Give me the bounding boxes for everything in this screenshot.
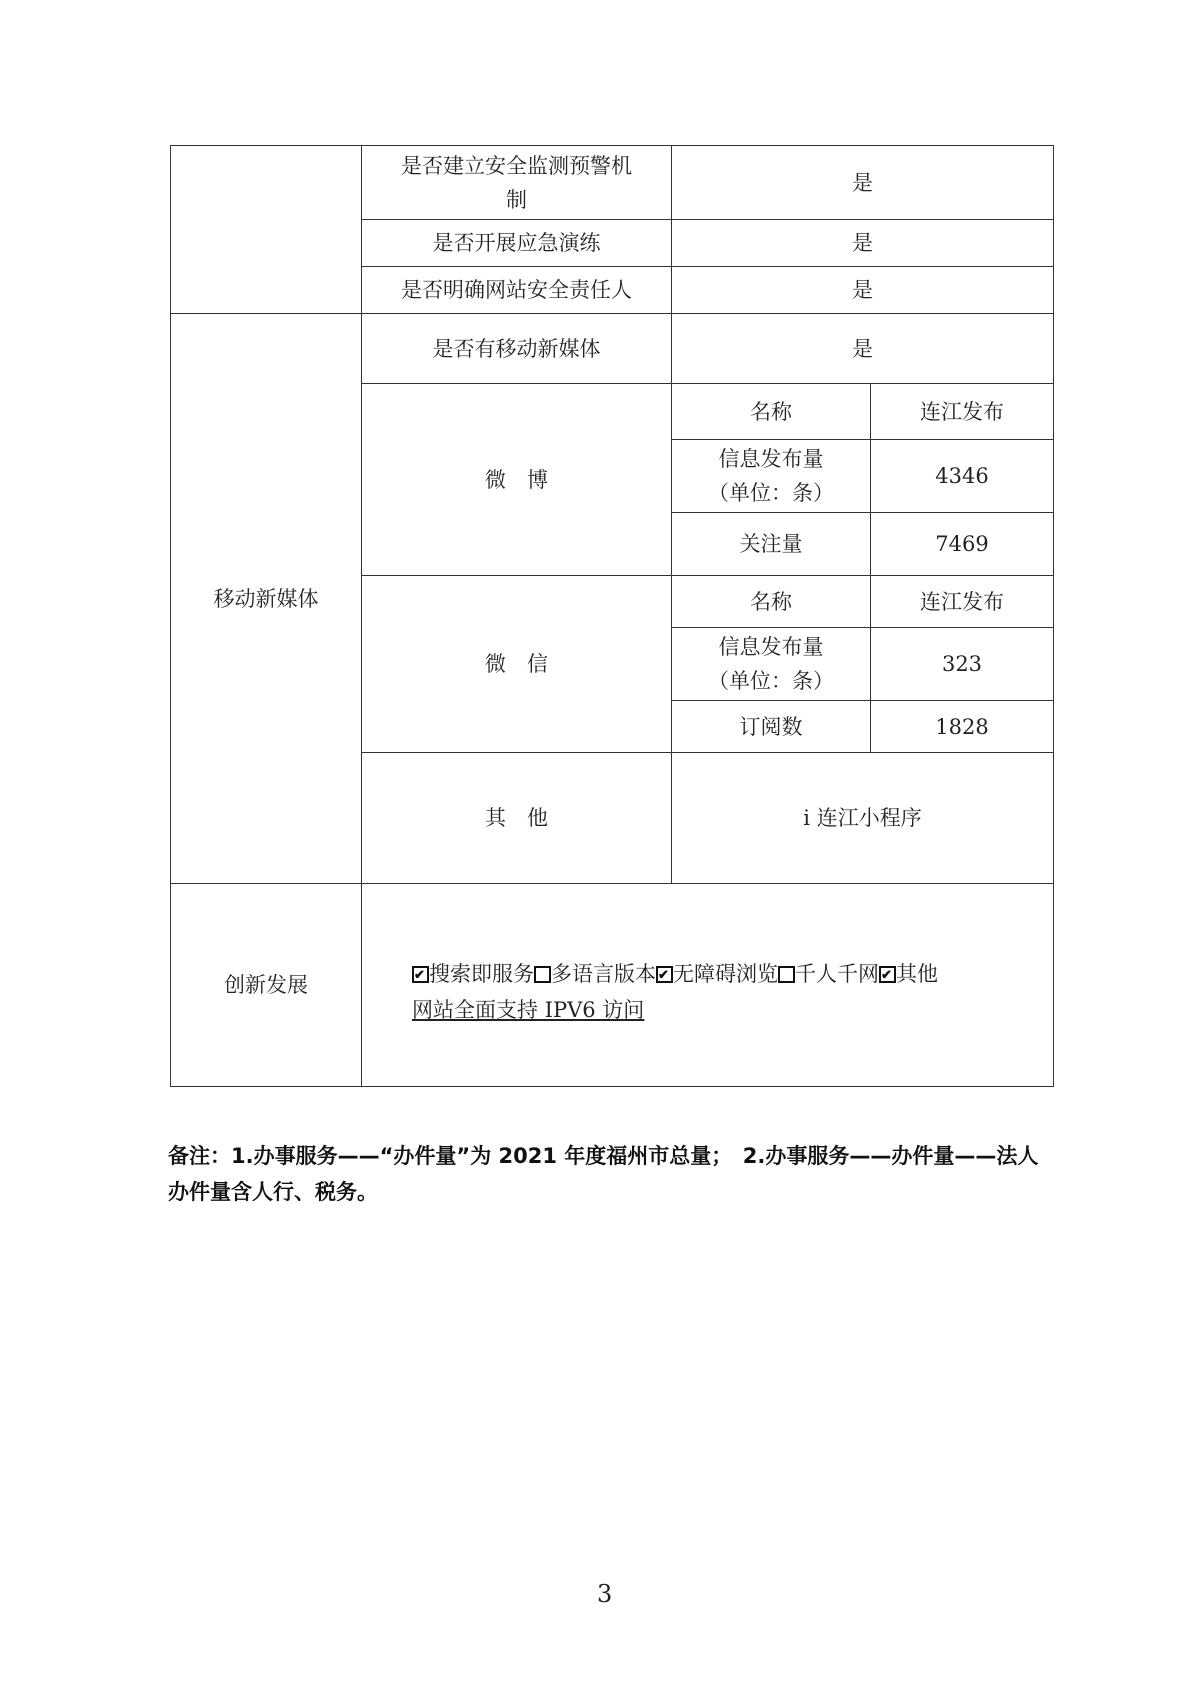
wechat-posts-label: 信息发布量（单位：条） xyxy=(671,627,871,701)
option-label: 无障碍浏览 xyxy=(673,962,778,986)
security-value-cell: 是 xyxy=(671,145,1054,220)
option-label: 多语言版本 xyxy=(551,962,656,986)
wechat-subs-label: 订阅数 xyxy=(671,700,871,753)
report-table: 是否建立安全监测预警机制 是 是否开展应急演练 是 是否明确网站安全责任人 是 … xyxy=(170,145,1054,1087)
footnote: 备注：1.办事服务——“办件量”为 2021 年度福州市总量； 2.办事服务——… xyxy=(168,1138,1048,1210)
security-section-cell xyxy=(170,145,362,314)
other-label: 其 他 xyxy=(361,752,672,884)
page-number: 3 xyxy=(597,1580,612,1608)
weibo-followers-label: 关注量 xyxy=(671,512,871,576)
has-mobile-value: 是 xyxy=(671,313,1054,384)
weibo-posts-label: 信息发布量（单位：条） xyxy=(671,439,871,513)
other-innovation-text: 网站全面支持 IPV6 访问 xyxy=(412,998,644,1022)
other-value: i 连江小程序 xyxy=(671,752,1054,884)
checkbox-accessibility[interactable] xyxy=(656,966,673,983)
drill-label-cell: 是否开展应急演练 xyxy=(361,219,672,267)
checkbox-search-service[interactable] xyxy=(412,966,429,983)
wechat-posts-value: 323 xyxy=(870,627,1054,701)
responsible-label-cell: 是否明确网站安全责任人 xyxy=(361,266,672,314)
wechat-label: 微 信 xyxy=(361,575,672,753)
weibo-followers-value: 7469 xyxy=(870,512,1054,576)
checkbox-multilingual[interactable] xyxy=(534,966,551,983)
responsible-value-cell: 是 xyxy=(671,266,1054,314)
innovation-section-label: 创新发展 xyxy=(170,883,362,1087)
drill-value-cell: 是 xyxy=(671,219,1054,267)
wechat-name-value: 连江发布 xyxy=(870,575,1054,628)
weibo-name-value: 连江发布 xyxy=(870,383,1054,440)
weibo-posts-value: 4346 xyxy=(870,439,1054,513)
wechat-name-label: 名称 xyxy=(671,575,871,628)
weibo-label: 微 博 xyxy=(361,383,672,576)
has-mobile-label: 是否有移动新媒体 xyxy=(361,313,672,384)
option-label: 其他 xyxy=(896,962,938,986)
innovation-options: 搜索即服务多语言版本无障碍浏览千人千网其他 网站全面支持 IPV6 访问 xyxy=(412,956,1052,1028)
option-label: 搜索即服务 xyxy=(429,962,534,986)
weibo-name-label: 名称 xyxy=(671,383,871,440)
mobile-section-label: 移动新媒体 xyxy=(170,313,362,884)
security-label-cell: 是否建立安全监测预警机制 xyxy=(361,145,672,220)
checkbox-other[interactable] xyxy=(879,966,896,983)
checkbox-personalized[interactable] xyxy=(778,966,795,983)
option-label: 千人千网 xyxy=(795,962,879,986)
wechat-subs-value: 1828 xyxy=(870,700,1054,753)
